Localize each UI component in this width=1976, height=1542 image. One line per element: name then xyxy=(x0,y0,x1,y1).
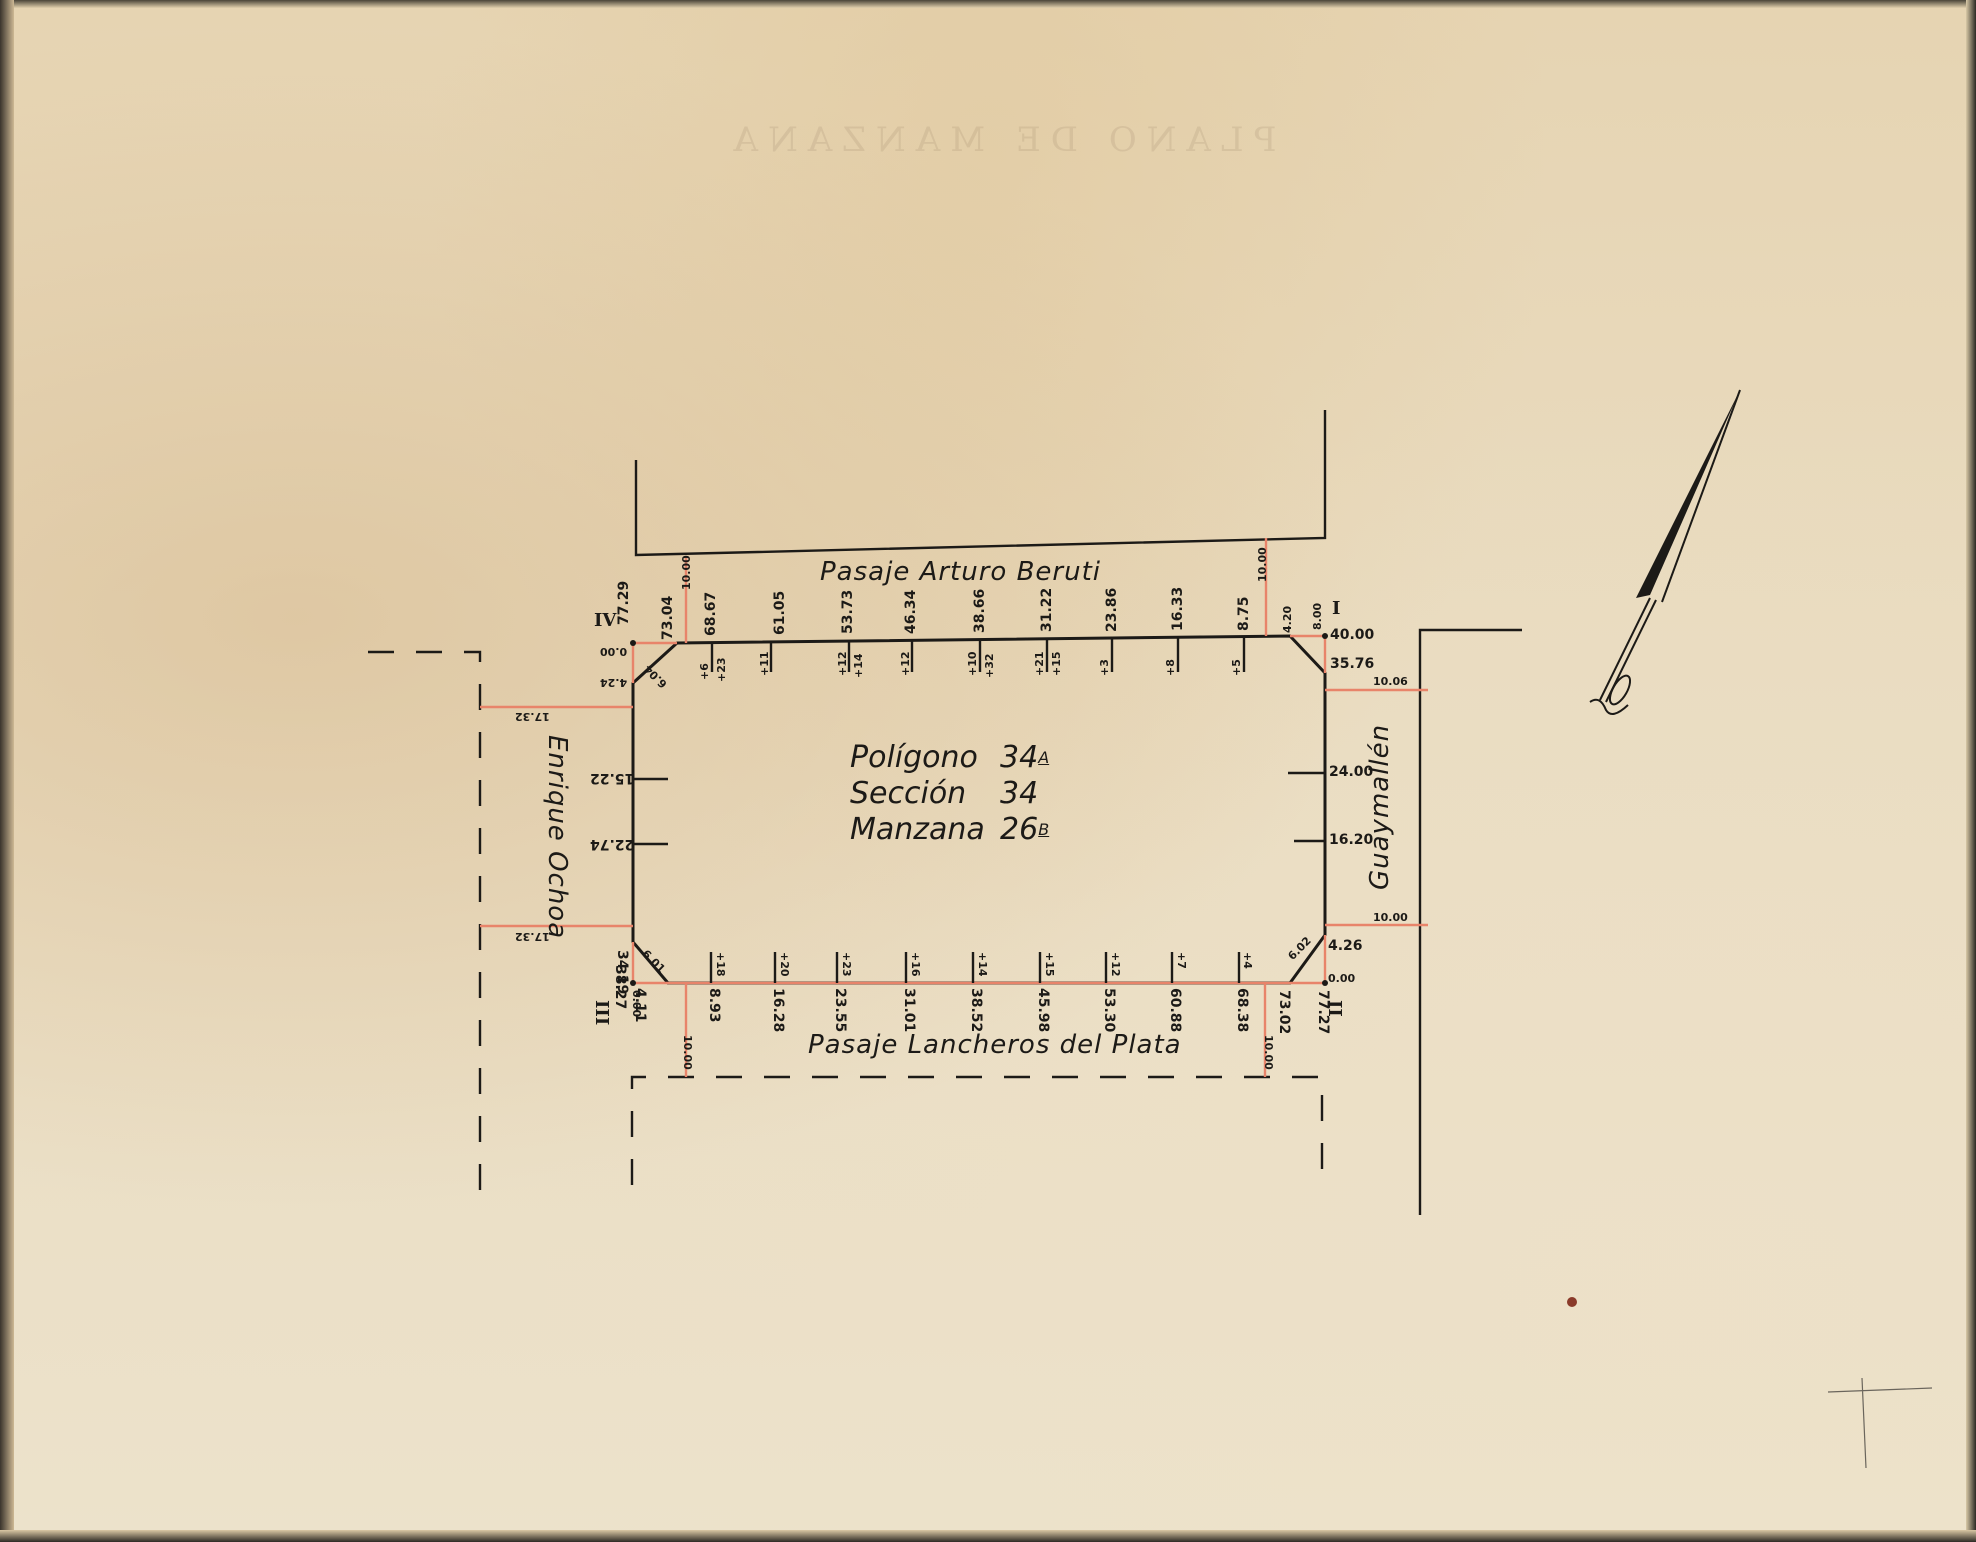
south-offset-3: +23 xyxy=(840,952,853,977)
street-name-north: Pasaje Arturo Beruti xyxy=(820,557,1101,587)
corner-label-IV: IV xyxy=(594,610,616,631)
south-distance-5: 38.52 xyxy=(968,988,984,1032)
corner-IV-b: 73.04 xyxy=(660,596,676,640)
street-name-west: Enrique Ochoa xyxy=(542,735,572,939)
north-offset-6b: +15 xyxy=(1050,651,1063,676)
poligono-suffix: A xyxy=(1038,740,1049,776)
width-west-bottom: 17.32 xyxy=(515,930,550,943)
south-distance-1: 8.93 xyxy=(706,988,722,1023)
south-offset-7: +12 xyxy=(1109,952,1122,977)
north-offset-5a: +10 xyxy=(966,651,979,676)
south-distance-2: 16.28 xyxy=(770,988,786,1032)
north-distance-6: 31.22 xyxy=(1039,588,1055,632)
south-offset-2: +20 xyxy=(778,952,791,977)
south-distance-4: 31.01 xyxy=(901,988,917,1032)
corner-label-III: III xyxy=(591,1000,612,1025)
south-distance-3: 23.55 xyxy=(832,988,848,1032)
east-distance-1: 24.00 xyxy=(1329,764,1373,780)
corner-II-c: 0.00 xyxy=(1328,972,1355,985)
north-distance-8: 16.33 xyxy=(1170,587,1186,631)
poligono-label: Polígono xyxy=(850,740,1000,776)
dashed-lines xyxy=(368,652,1322,1210)
width-west-top: 17.32 xyxy=(515,710,550,723)
south-offset-4: +16 xyxy=(909,952,922,977)
north-distance-4: 46.34 xyxy=(903,590,919,634)
width-east-bottom: 10.00 xyxy=(1373,911,1408,924)
east-street-line xyxy=(1420,630,1522,1215)
faded-header-bleed: PLANO DE MANZANA xyxy=(640,120,1360,160)
stain-mark xyxy=(1567,1297,1577,1307)
north-offset-7a: +3 xyxy=(1098,659,1111,676)
north-distance-2: 61.05 xyxy=(772,591,788,635)
corner-IV-d: 4.24 xyxy=(600,676,627,689)
map-sheet: PLANO DE MANZANA Polígono34A Sección34 M… xyxy=(0,0,1976,1542)
north-offset-3b: +14 xyxy=(852,653,865,678)
corner-III-a: 38.27 xyxy=(612,965,628,1009)
south-offset-5: +14 xyxy=(976,952,989,977)
north-offset-1a: +6 xyxy=(698,663,711,680)
south-offset-1: +18 xyxy=(714,952,727,977)
width-east-top: 10.06 xyxy=(1373,675,1408,688)
north-distance-7: 23.86 xyxy=(1104,588,1120,632)
width-south-right: 10.00 xyxy=(1262,1035,1275,1070)
north-distance-1: 68.67 xyxy=(703,592,719,636)
corner-label-I: I xyxy=(1332,598,1340,619)
corner-I-d: 4.20 xyxy=(1281,606,1294,633)
street-name-south: Pasaje Lancheros del Plata xyxy=(808,1030,1182,1060)
north-arrow-icon xyxy=(1590,390,1740,714)
corner-IV-a: 77.29 xyxy=(616,581,632,625)
east-distance-2: 16.20 xyxy=(1329,832,1373,848)
seccion-value: 34 xyxy=(1000,776,1038,812)
north-offset-5b: +32 xyxy=(983,653,996,678)
north-distance-5: 38.66 xyxy=(972,589,988,633)
width-south-left: 10.00 xyxy=(681,1035,694,1070)
corner-II-d: 4.26 xyxy=(1328,938,1363,954)
manzana-suffix: B xyxy=(1038,812,1049,848)
north-offset-8a: +8 xyxy=(1164,659,1177,676)
north-offset-9a: +5 xyxy=(1230,659,1243,676)
pencil-cross xyxy=(1828,1378,1932,1468)
north-offset-6a: +21 xyxy=(1033,651,1046,676)
corner-II-a: 77.27 xyxy=(1315,990,1331,1034)
south-distance-6: 45.98 xyxy=(1035,988,1051,1032)
width-north-right: 10.00 xyxy=(1256,547,1269,582)
south-distance-7: 53.30 xyxy=(1101,988,1117,1032)
south-offset-6: +15 xyxy=(1043,952,1056,977)
corner-III-c: 0.00 xyxy=(630,990,643,1017)
west-distance-2: 22.74 xyxy=(590,836,634,852)
manzana-value: 26 xyxy=(1000,812,1038,848)
north-offset-4a: +12 xyxy=(899,651,912,676)
south-distance-9: 68.38 xyxy=(1234,988,1250,1032)
corner-I-c: 8.00 xyxy=(1311,603,1324,630)
corner-IV-c: 0.00 xyxy=(600,645,627,658)
seccion-label: Sección xyxy=(850,776,1000,812)
south-distance-8: 60.88 xyxy=(1167,988,1183,1032)
corner-I-a: 40.00 xyxy=(1330,627,1374,643)
width-north-left: 10.00 xyxy=(680,555,693,590)
north-distance-3: 53.73 xyxy=(840,590,856,634)
north-offset-3a: +12 xyxy=(836,651,849,676)
north-distance-9: 8.75 xyxy=(1236,596,1252,631)
corner-II-b: 73.02 xyxy=(1276,990,1292,1034)
north-offset-1b: +23 xyxy=(715,657,728,682)
corner-I-b: 35.76 xyxy=(1330,656,1374,672)
south-offset-8: +7 xyxy=(1175,952,1188,969)
manzana-label: Manzana xyxy=(850,812,1000,848)
poligono-value: 34 xyxy=(1000,740,1038,776)
south-offset-9: +4 xyxy=(1241,952,1254,969)
title-block: Polígono34A Sección34 Manzana26B xyxy=(850,740,1049,848)
west-distance-1: 15.22 xyxy=(590,770,634,786)
north-street-line xyxy=(636,410,1325,555)
street-name-east: Guaymallén xyxy=(1365,724,1395,890)
north-offset-2a: +11 xyxy=(758,651,771,676)
